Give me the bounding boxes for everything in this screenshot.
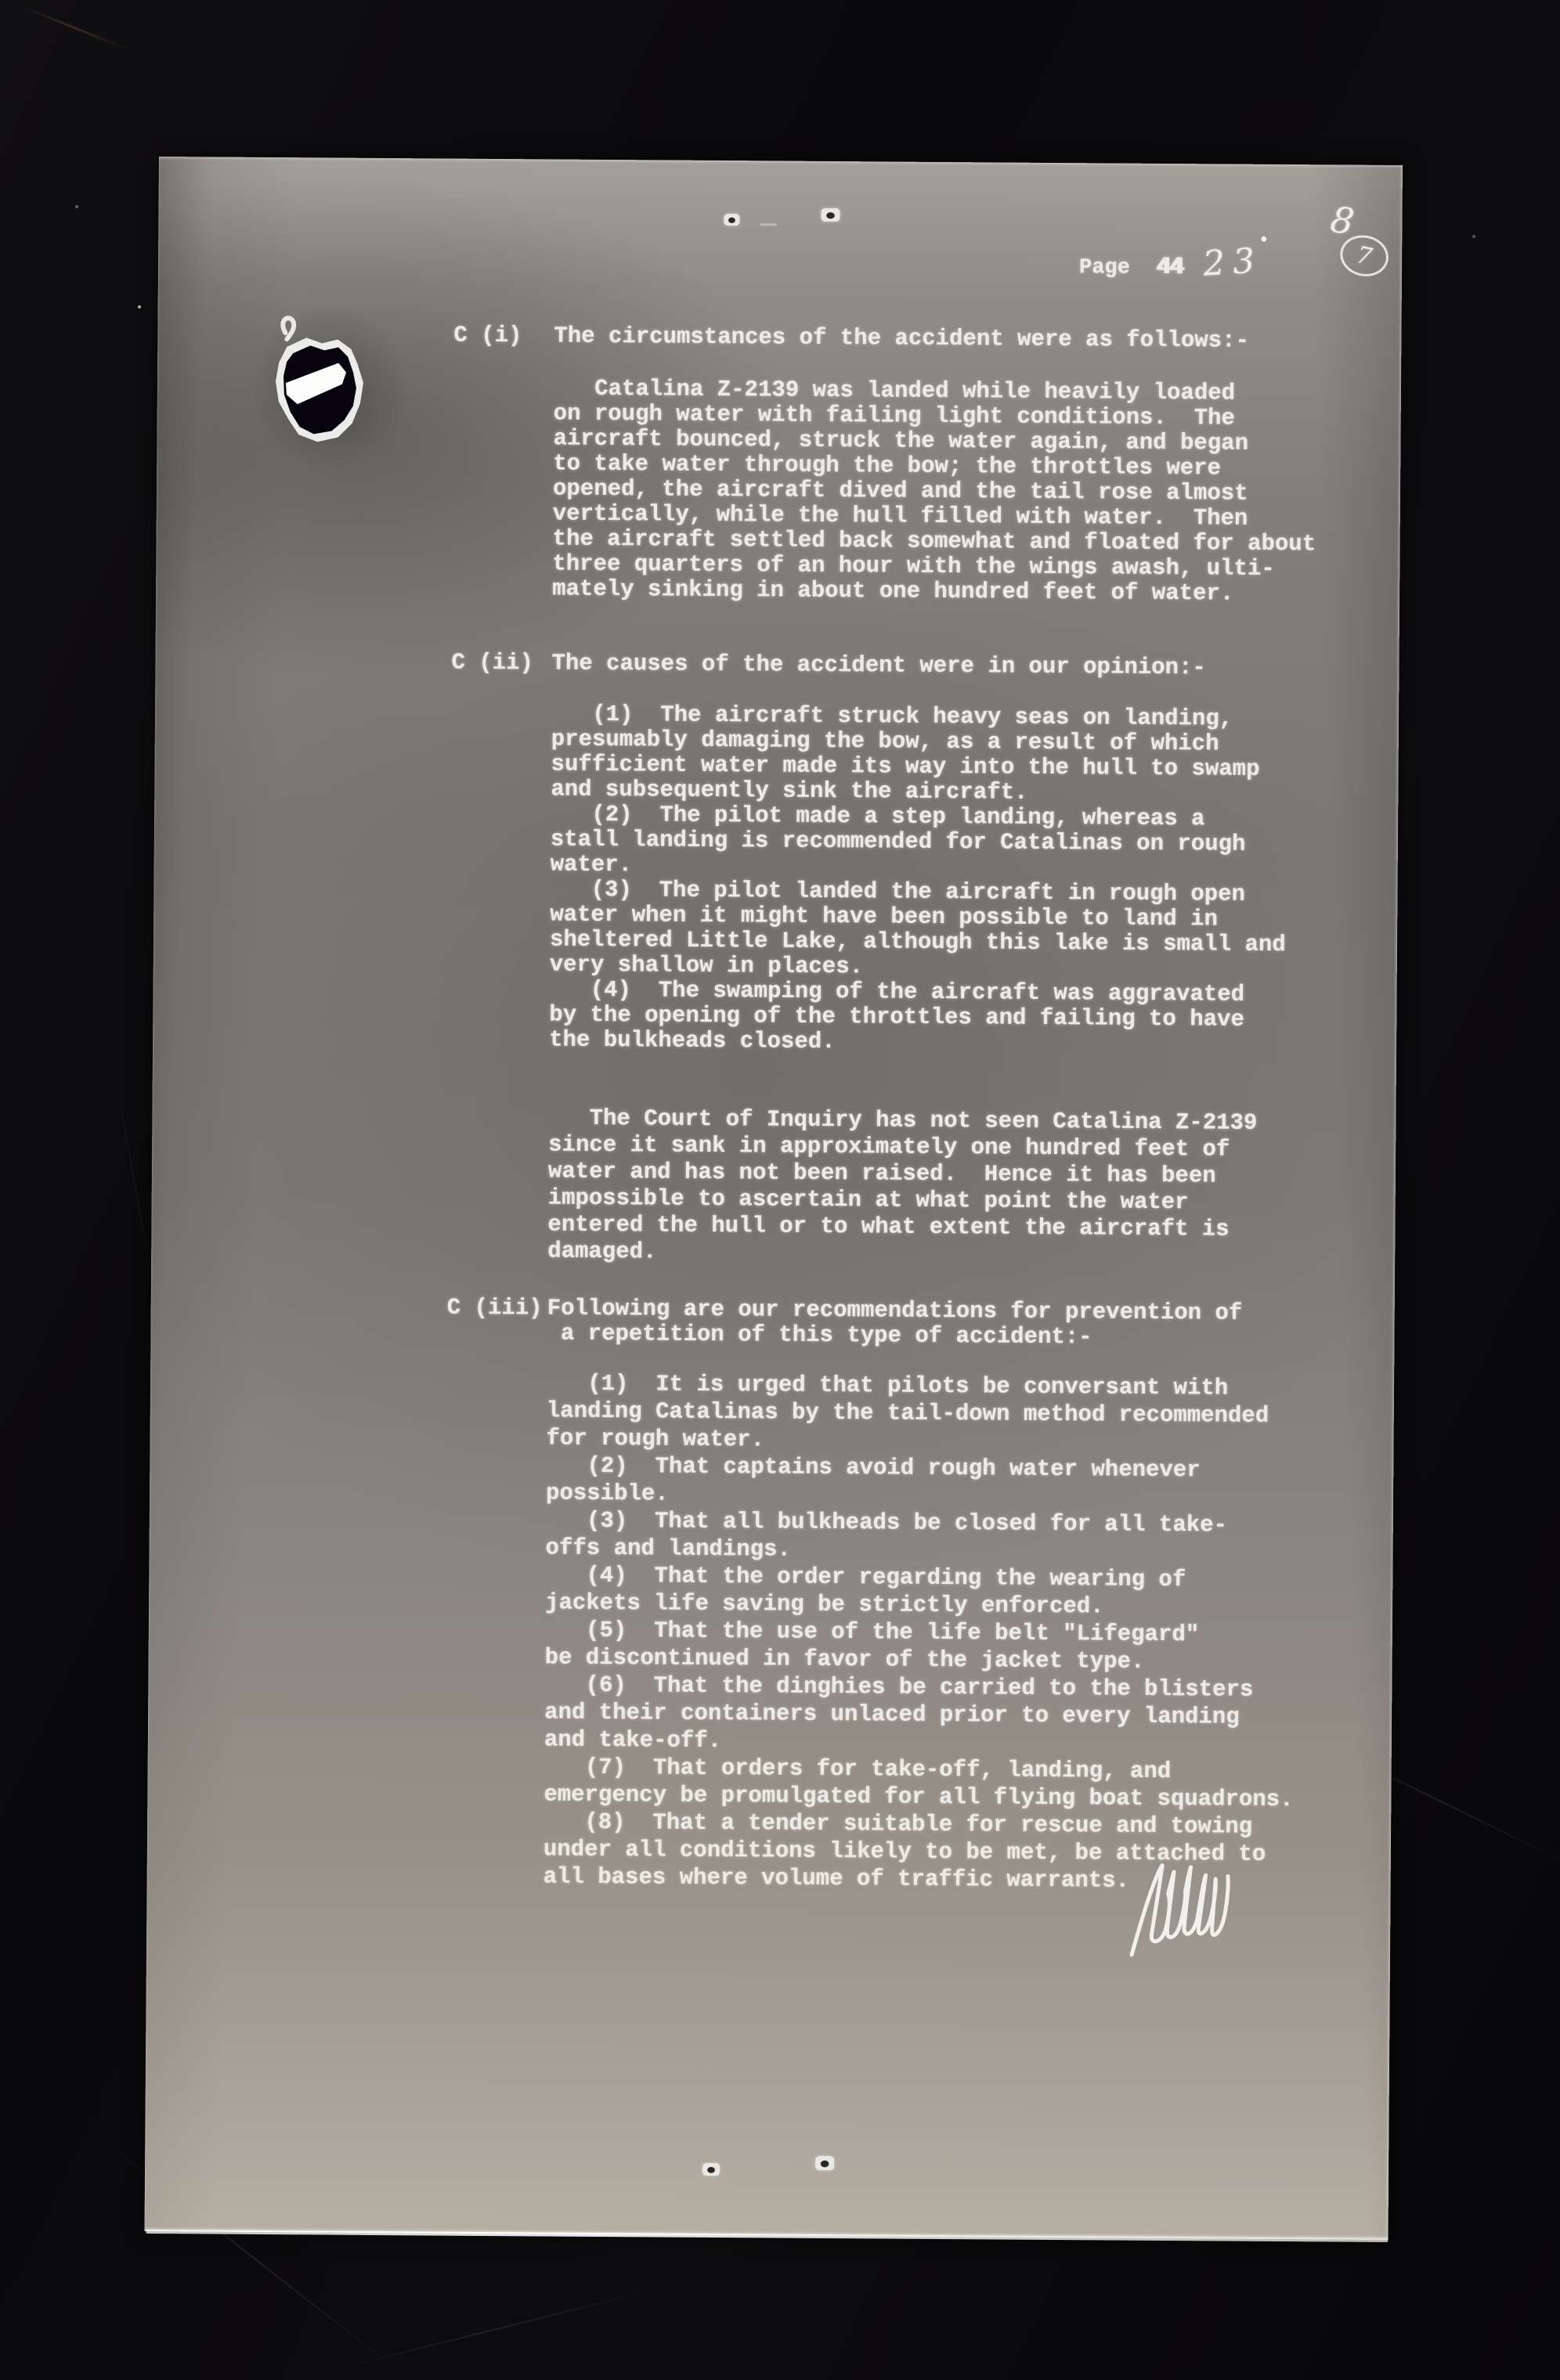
scratch-mark: [114, 1075, 151, 1275]
court-of-inquiry-paragraph: The Court of Inquiry has not seen Catali…: [547, 1105, 1363, 1271]
signature-scrawl-icon: [1115, 1847, 1297, 1965]
signature: [1115, 1847, 1297, 1965]
section-heading-c-ii: The causes of the accident were in our o…: [551, 651, 1366, 682]
section-label-c-i: C (i): [453, 323, 522, 349]
photo-background: Page 44 23 8 7 C (i) The circumstances o…: [0, 0, 1560, 2380]
dust-speck: [75, 205, 78, 208]
section-label-c-iii: C (iii): [447, 1296, 543, 1322]
section-body-c-ii: (1) The aircraft struck heavy seas on la…: [549, 702, 1366, 1058]
section-body-c-i: Catalina Z-2139 was landed while heavily…: [552, 377, 1368, 608]
section-body-c-iii: (1) It is urged that pilots be conversan…: [543, 1369, 1362, 1895]
paper-mark: [724, 214, 739, 225]
section-label-c-ii: C (ii): [451, 651, 533, 676]
torn-hole: [262, 316, 388, 461]
dust-speck: [138, 305, 141, 308]
paper-mark: [815, 2156, 834, 2170]
page-word: Page: [1079, 256, 1130, 279]
dust-speck: [1472, 235, 1475, 238]
paper-mark: [821, 208, 840, 222]
ink-dot: [1261, 236, 1266, 242]
scratch-mark: [20, 5, 129, 51]
page-number-handwritten: 23: [1202, 240, 1264, 284]
torn-hole-graphic: [262, 316, 388, 461]
circled-number-value: 7: [1354, 241, 1374, 271]
paper-mark: [702, 2163, 720, 2176]
section-heading-c-iii: Following are our recommendations for pr…: [547, 1296, 1361, 1351]
document-page: Page 44 23 8 7 C (i) The circumstances o…: [144, 157, 1402, 2240]
page-number-typed: 44: [1157, 254, 1183, 281]
scratch-mark: [334, 2289, 653, 2371]
section-heading-c-i: The circumstances of the accident were a…: [554, 324, 1368, 355]
paper-mark: [760, 223, 777, 225]
page-header: Page 44 23: [1079, 241, 1262, 283]
